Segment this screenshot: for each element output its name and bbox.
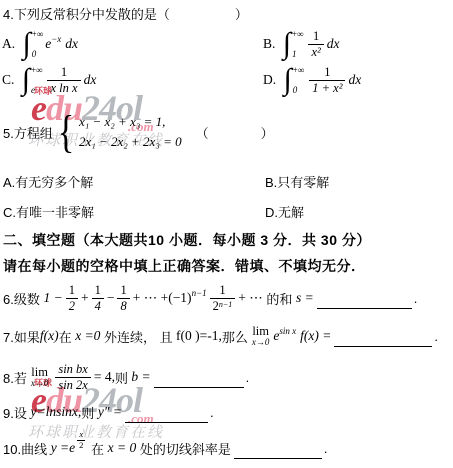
equals-4: = 4,	[94, 369, 115, 385]
sentence-period: .	[246, 370, 250, 385]
equation-1: x₁ − x₂ + x₃ = 1,	[79, 114, 182, 130]
option-label: A.	[2, 36, 19, 52]
fraction-denominator: x ln x	[47, 80, 80, 95]
x-equals-0: x = 0	[108, 440, 137, 456]
question-9: 9.设 y=lnsinx, 则 y″ = .	[3, 400, 214, 424]
integral-icon: ∫	[23, 29, 31, 59]
question-8: 8.若 limx→0 sin bxsin 2x = 4, 则 b = .	[3, 358, 249, 396]
question-7: 7.如果 f(x) 在 x =0 外连续， 且 f(0 )=-1, 那么 lim…	[3, 320, 438, 352]
answer-paren: （ ）	[196, 123, 274, 142]
question-5: 5.方程组 { x₁ − x₂ + x₃ = 1, 2x₁ − 2x₂ + 2x…	[3, 108, 274, 156]
integral: ∫+∞1	[283, 29, 304, 59]
dx-term: dx	[327, 36, 340, 52]
section-2-header: 二、填空题（本大题共10 小题．每小题 3 分．共 30 分）	[3, 230, 371, 250]
cn-text: 则	[115, 368, 128, 387]
cn-text: 那么	[222, 327, 248, 346]
equation-2: 2x₁ − 2x₂ + 2x₃ = 0	[79, 134, 182, 150]
fraction-numerator: 1	[59, 65, 69, 79]
y-equals-e: y =e	[51, 440, 75, 456]
q4-option-c: C. ∫+∞e 1x ln x dx	[2, 60, 96, 100]
series-term: + ⋯ +(−1)	[133, 290, 192, 306]
question-7-lead: 7.如果	[3, 327, 40, 346]
fraction-numerator: sin bx	[56, 362, 90, 376]
option-label: D.	[263, 72, 280, 88]
q5-option-b: B.只有零解	[265, 172, 329, 191]
limit: limx→0	[31, 366, 49, 389]
answer-blank	[154, 374, 244, 388]
fraction-denominator: 8	[117, 298, 129, 313]
sum-symbol: s =	[296, 290, 314, 306]
system-brace: {	[58, 109, 75, 155]
e-exponent: sin x	[279, 326, 296, 336]
q5-option-c: C.有唯一非零解	[3, 202, 94, 221]
fraction: 11 + x²	[309, 65, 345, 95]
fraction-denominator: x²	[308, 44, 323, 59]
fraction-denominator: sin 2x	[55, 377, 91, 392]
integral: ∫+∞e	[22, 65, 43, 95]
exponent-denominator: 2	[77, 440, 85, 451]
fraction: sin bxsin 2x	[55, 362, 91, 392]
series-term: + ⋯	[238, 290, 263, 306]
question-9-lead: 9.设	[3, 403, 30, 422]
question-8-lead: 8.若	[3, 368, 27, 387]
y-expression: y=lnsinx,	[30, 404, 81, 420]
fraction: 18	[117, 283, 129, 313]
section-2-instruction: 请在每小题的空格中填上正确答案．错填、不填均无分．	[3, 256, 366, 276]
integral-icon: ∫	[283, 29, 291, 59]
cn-text: 外连续， 且	[100, 327, 172, 346]
question-5-lead: 5.方程组	[3, 123, 53, 142]
fraction: 14	[92, 283, 104, 313]
cn-text: 在	[87, 439, 107, 458]
integral-upper-bound: +∞	[31, 65, 43, 75]
option-label: B.	[263, 36, 279, 52]
question-6: 6.级数 1 − 12 + 14 − 18 + ⋯ +(−1) n−1 12n−…	[3, 280, 417, 316]
fraction-denominator-base: 2	[213, 299, 219, 313]
lim-word: lim	[252, 325, 269, 338]
exponent-numerator: x	[79, 430, 83, 440]
cn-text: 处的切线斜率是	[136, 439, 231, 458]
question-10-lead: 10.曲线	[3, 439, 51, 458]
y-double-prime: y″ =	[98, 404, 122, 420]
q4-option-d: D. ∫+∞0 11 + x² dx	[263, 60, 361, 100]
exam-document-page: 环球 edu24ol .com 环球职业教育在线 环球 edu24ol .com…	[0, 0, 453, 468]
cn-text: 在	[59, 327, 76, 346]
equation-system: x₁ − x₂ + x₃ = 1, 2x₁ − 2x₂ + 2x₃ = 0	[79, 114, 182, 150]
fraction-denominator: 4	[92, 298, 104, 313]
sentence-period: .	[210, 405, 214, 420]
q4-option-b: B. ∫+∞1 1x² dx	[263, 26, 340, 62]
fraction-numerator: 1	[322, 65, 332, 79]
sentence-period: .	[434, 329, 438, 344]
f0-value: f(0 )=-1,	[173, 328, 222, 344]
f-of-x-equals: f(x) =	[300, 328, 331, 344]
lim-subscript: x→0	[31, 379, 49, 388]
question-4-title: 4.下列反常积分中发散的是（ ）	[3, 4, 248, 23]
integral-lower-bound: 0	[32, 49, 44, 59]
fraction: 1x ln x	[47, 65, 80, 95]
integrand-exponent: −x	[51, 34, 61, 44]
fraction-numerator: 1	[217, 283, 227, 297]
fraction: 12	[66, 283, 78, 313]
integral: ∫+∞0	[23, 29, 44, 59]
fraction-denominator: 2	[66, 298, 78, 313]
integral-lower-bound: e	[31, 85, 43, 95]
fraction-denominator: 1 + x²	[309, 80, 345, 95]
fraction-numerator: 1	[67, 283, 77, 297]
dx-term: dx	[84, 72, 97, 88]
fraction-denominator-exponent: n−1	[219, 300, 232, 309]
integral-upper-bound: +∞	[32, 29, 44, 39]
question-6-tail: 的和	[263, 289, 296, 308]
question-6-lead: 6.级数	[3, 289, 43, 308]
q5-option-a: A.有无穷多个解	[3, 172, 93, 191]
option-label: C.	[2, 72, 18, 88]
integral-lower-bound: 1	[292, 49, 304, 59]
sentence-period: .	[324, 441, 328, 456]
integral-icon: ∫	[22, 65, 30, 95]
fraction-numerator: 1	[118, 283, 128, 297]
f-of-x: f(x)	[40, 328, 59, 344]
q5-option-d: D.无解	[265, 202, 304, 221]
dx-term: dx	[65, 36, 78, 52]
q4-option-a: A. ∫+∞0 e −x dx	[2, 26, 78, 62]
operator: −	[107, 290, 115, 306]
lim-subscript: x→0	[252, 338, 270, 347]
answer-blank	[234, 445, 322, 459]
fraction-numerator: 1	[311, 29, 321, 43]
x-equals-0: x =0	[75, 328, 100, 344]
fraction: 1x²	[308, 29, 323, 59]
fraction-numerator: 1	[93, 283, 103, 297]
answer-blank	[125, 409, 208, 423]
series-term: 1 −	[43, 290, 62, 306]
fraction: 12n−1	[210, 283, 236, 313]
integral-lower-bound: 0	[293, 85, 305, 95]
b-equals: b =	[128, 369, 151, 385]
integral-upper-bound: +∞	[293, 65, 305, 75]
question-10: 10.曲线 y =e x2 在 x = 0 处的切线斜率是 .	[3, 428, 328, 468]
sentence-period: .	[414, 291, 418, 306]
integral-icon: ∫	[284, 65, 292, 95]
integral-upper-bound: +∞	[292, 29, 304, 39]
limit: limx→0	[252, 325, 270, 348]
answer-blank	[334, 333, 432, 347]
exponent: n−1	[192, 288, 207, 298]
operator: +	[81, 290, 89, 306]
integral: ∫+∞0	[284, 65, 305, 95]
answer-blank	[317, 295, 412, 309]
cn-text: 则	[81, 403, 98, 422]
exponent-fraction: x2	[77, 430, 85, 451]
dx-term: dx	[348, 72, 361, 88]
lim-word: lim	[31, 366, 48, 379]
